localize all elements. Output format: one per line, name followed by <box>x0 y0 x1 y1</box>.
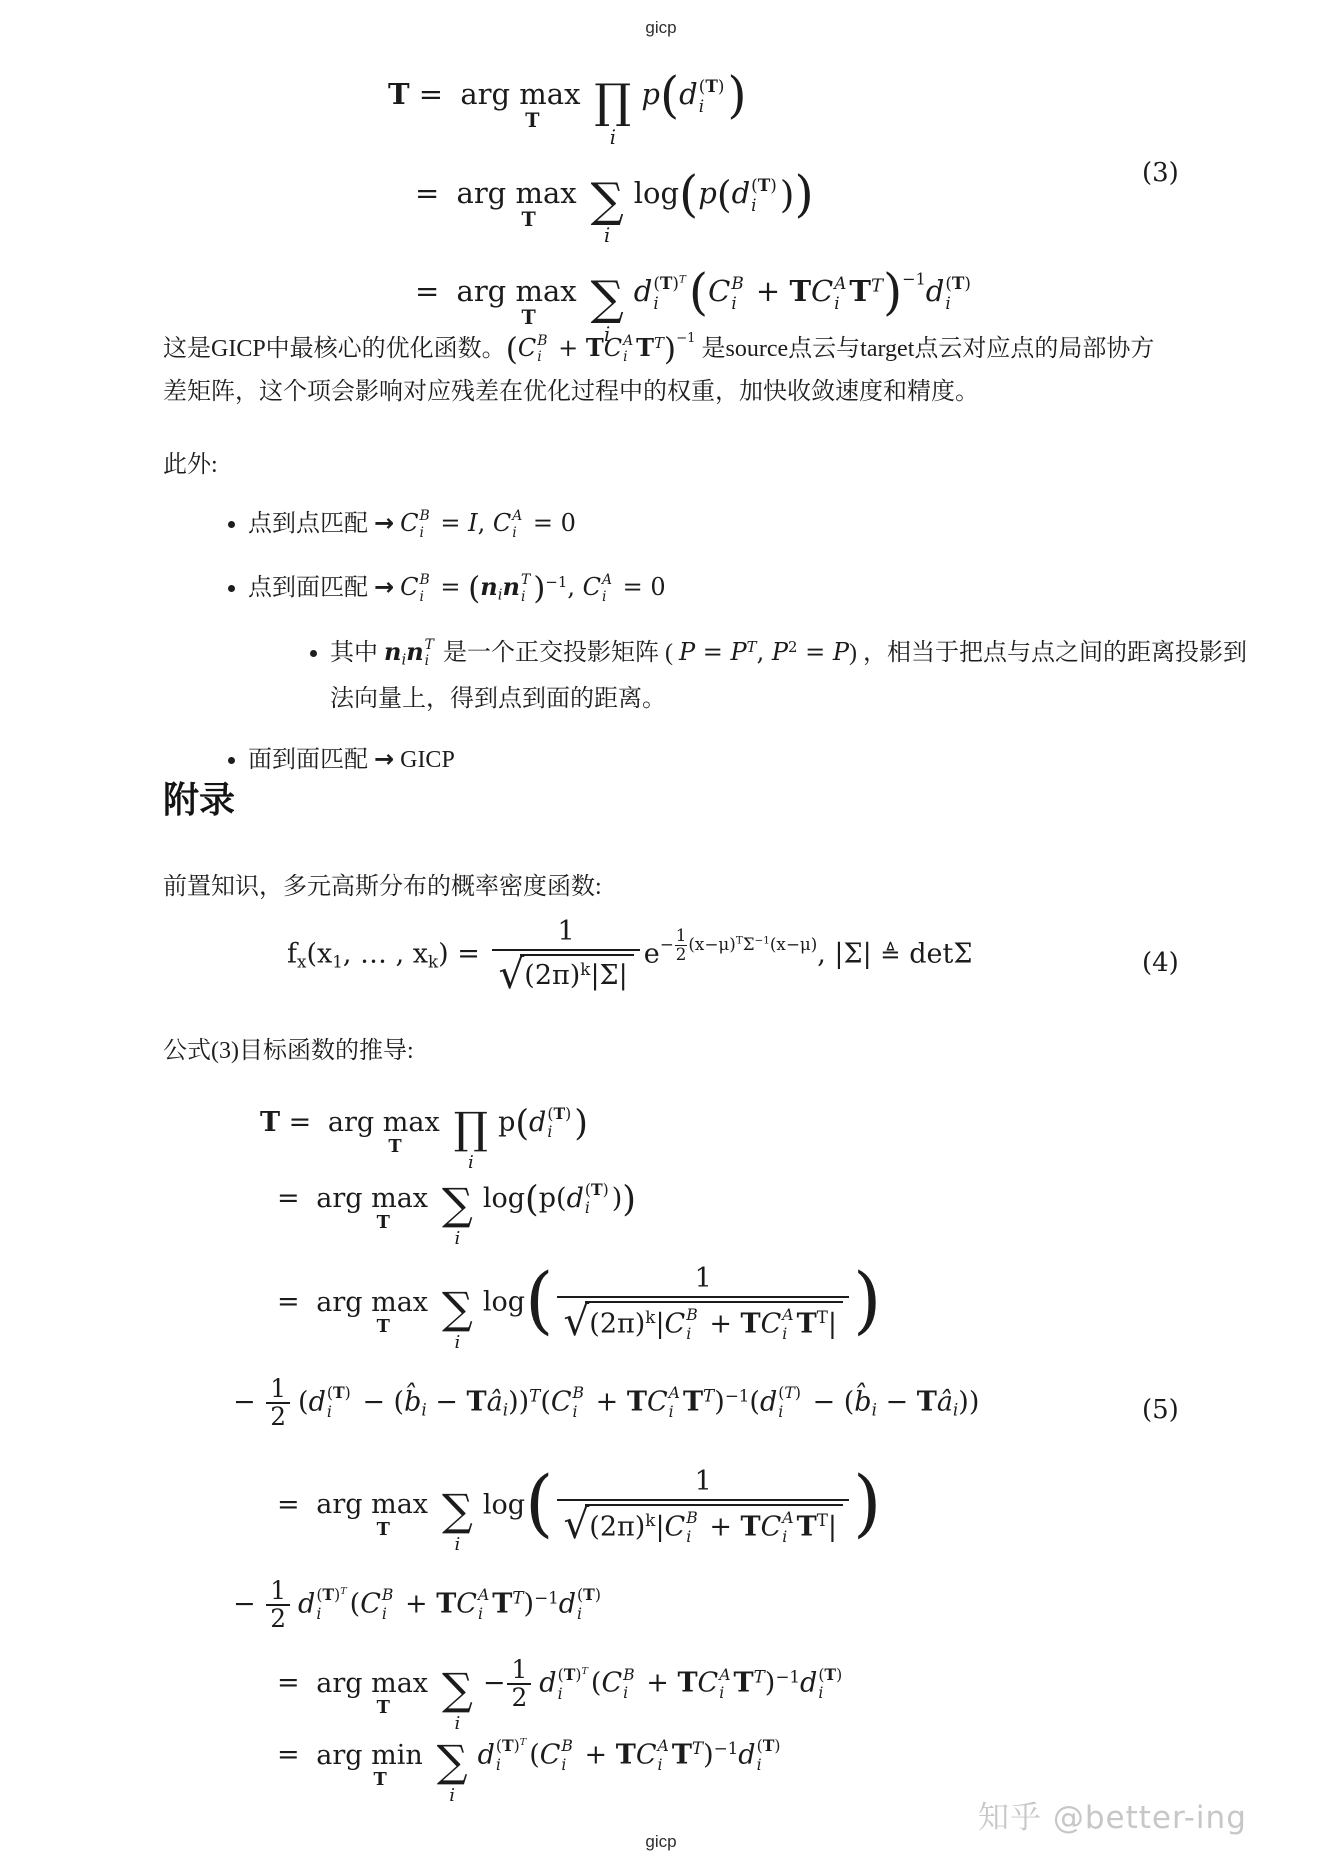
list-item-point-to-plane-text: 点到面匹配→CBi = (ninTi)−1, CAi = 0 <box>248 575 666 601</box>
appendix-heading: 附录 <box>163 772 235 823</box>
paragraph-besides: 此外: <box>163 444 1168 486</box>
list-item-plane-to-plane: 面到面匹配→GICP <box>248 741 1248 778</box>
watermark: 知乎 @better-ing <box>978 1792 1247 1837</box>
equation-4-line: fx(x1, … , xk) = 1√(2π)k|Σ|e−12(x−μ)TΣ−1… <box>287 915 972 995</box>
equation-5-line-1: T = arg maxT∏ip(d(T)i) <box>260 1100 979 1151</box>
equation-3-line-3: = arg maxT∑id(T)Ti(CBi + TCAiTT)−1d(T)i <box>415 259 974 326</box>
equation-3-number: (3) <box>1142 158 1179 188</box>
equation-4: fx(x1, … , xk) = 1√(2π)k|Σ|e−12(x−μ)TΣ−1… <box>287 915 972 995</box>
equation-5-line-8: = arg minT∑id(T)Ti(CBi + TCAiTT)−1d(T)i <box>277 1737 979 1784</box>
page-header-title: gicp <box>0 18 1322 38</box>
equation-5-number: (5) <box>1142 1395 1179 1425</box>
equation-5-line-2: = arg maxT∑ilog(p(d(T)i)) <box>277 1176 979 1227</box>
equation-5-line-4: − 12(d(T)i − (b̂i − Tâi))T(CBi + TCAiTT)… <box>233 1376 979 1430</box>
list-item-projection-note: 其中 ninTi 是一个正交投影矩阵 ( P = PT, P2 = P) ，相当… <box>330 627 1248 720</box>
projection-note-list: 其中 ninTi 是一个正交投影矩阵 ( P = PT, P2 = P) ，相当… <box>248 627 1248 720</box>
equation-4-number: (4) <box>1142 948 1179 978</box>
list-item-point-to-point: 点到点匹配→CBi = I, CAi = 0 <box>248 505 1248 542</box>
list-item-point-to-plane: 点到面匹配→CBi = (ninTi)−1, CAi = 0 其中 ninTi … <box>248 564 1248 719</box>
paragraph-derivation-intro: 公式(3)目标函数的推导: <box>163 1030 1168 1072</box>
page: gicp T = arg maxT∏ip(d(T)i) = arg maxT∑i… <box>0 0 1322 1871</box>
page-footer-title: gicp <box>0 1832 1322 1852</box>
equation-3-line-2: = arg maxT∑ilog(p(d(T)i)) <box>415 161 974 228</box>
match-type-list: 点到点匹配→CBi = I, CAi = 0 点到面匹配→CBi = (ninT… <box>163 505 1248 800</box>
equation-3-line-1: T = arg maxT∏ip(d(T)i) <box>388 62 974 129</box>
paragraph-prerequisite: 前置知识，多元高斯分布的概率密度函数: <box>163 866 1168 908</box>
equation-5-line-7: = arg maxT∑i−12d(T)Ti(CBi + TCAiTT)−1d(T… <box>277 1657 979 1712</box>
paragraph-core: 这是GICP中最核心的优化函数。(CBi + TCAiTT)−1 是source… <box>163 318 1168 413</box>
equation-5-line-6: − 12d(T)Ti(CBi + TCAiTT)−1d(T)i <box>233 1578 979 1632</box>
equation-3: T = arg maxT∏ip(d(T)i) = arg maxT∑ilog(p… <box>388 62 974 358</box>
equation-5-line-5: = arg maxT∑ilog(1√(2π)k|CBi + TCAiTT|) <box>277 1455 979 1553</box>
equation-5-line-3: = arg maxT∑ilog(1√(2π)k|CBi + TCAiTT|) <box>277 1252 979 1350</box>
equation-5: T = arg maxT∏ip(d(T)i) = arg maxT∑ilog(p… <box>233 1100 979 1809</box>
